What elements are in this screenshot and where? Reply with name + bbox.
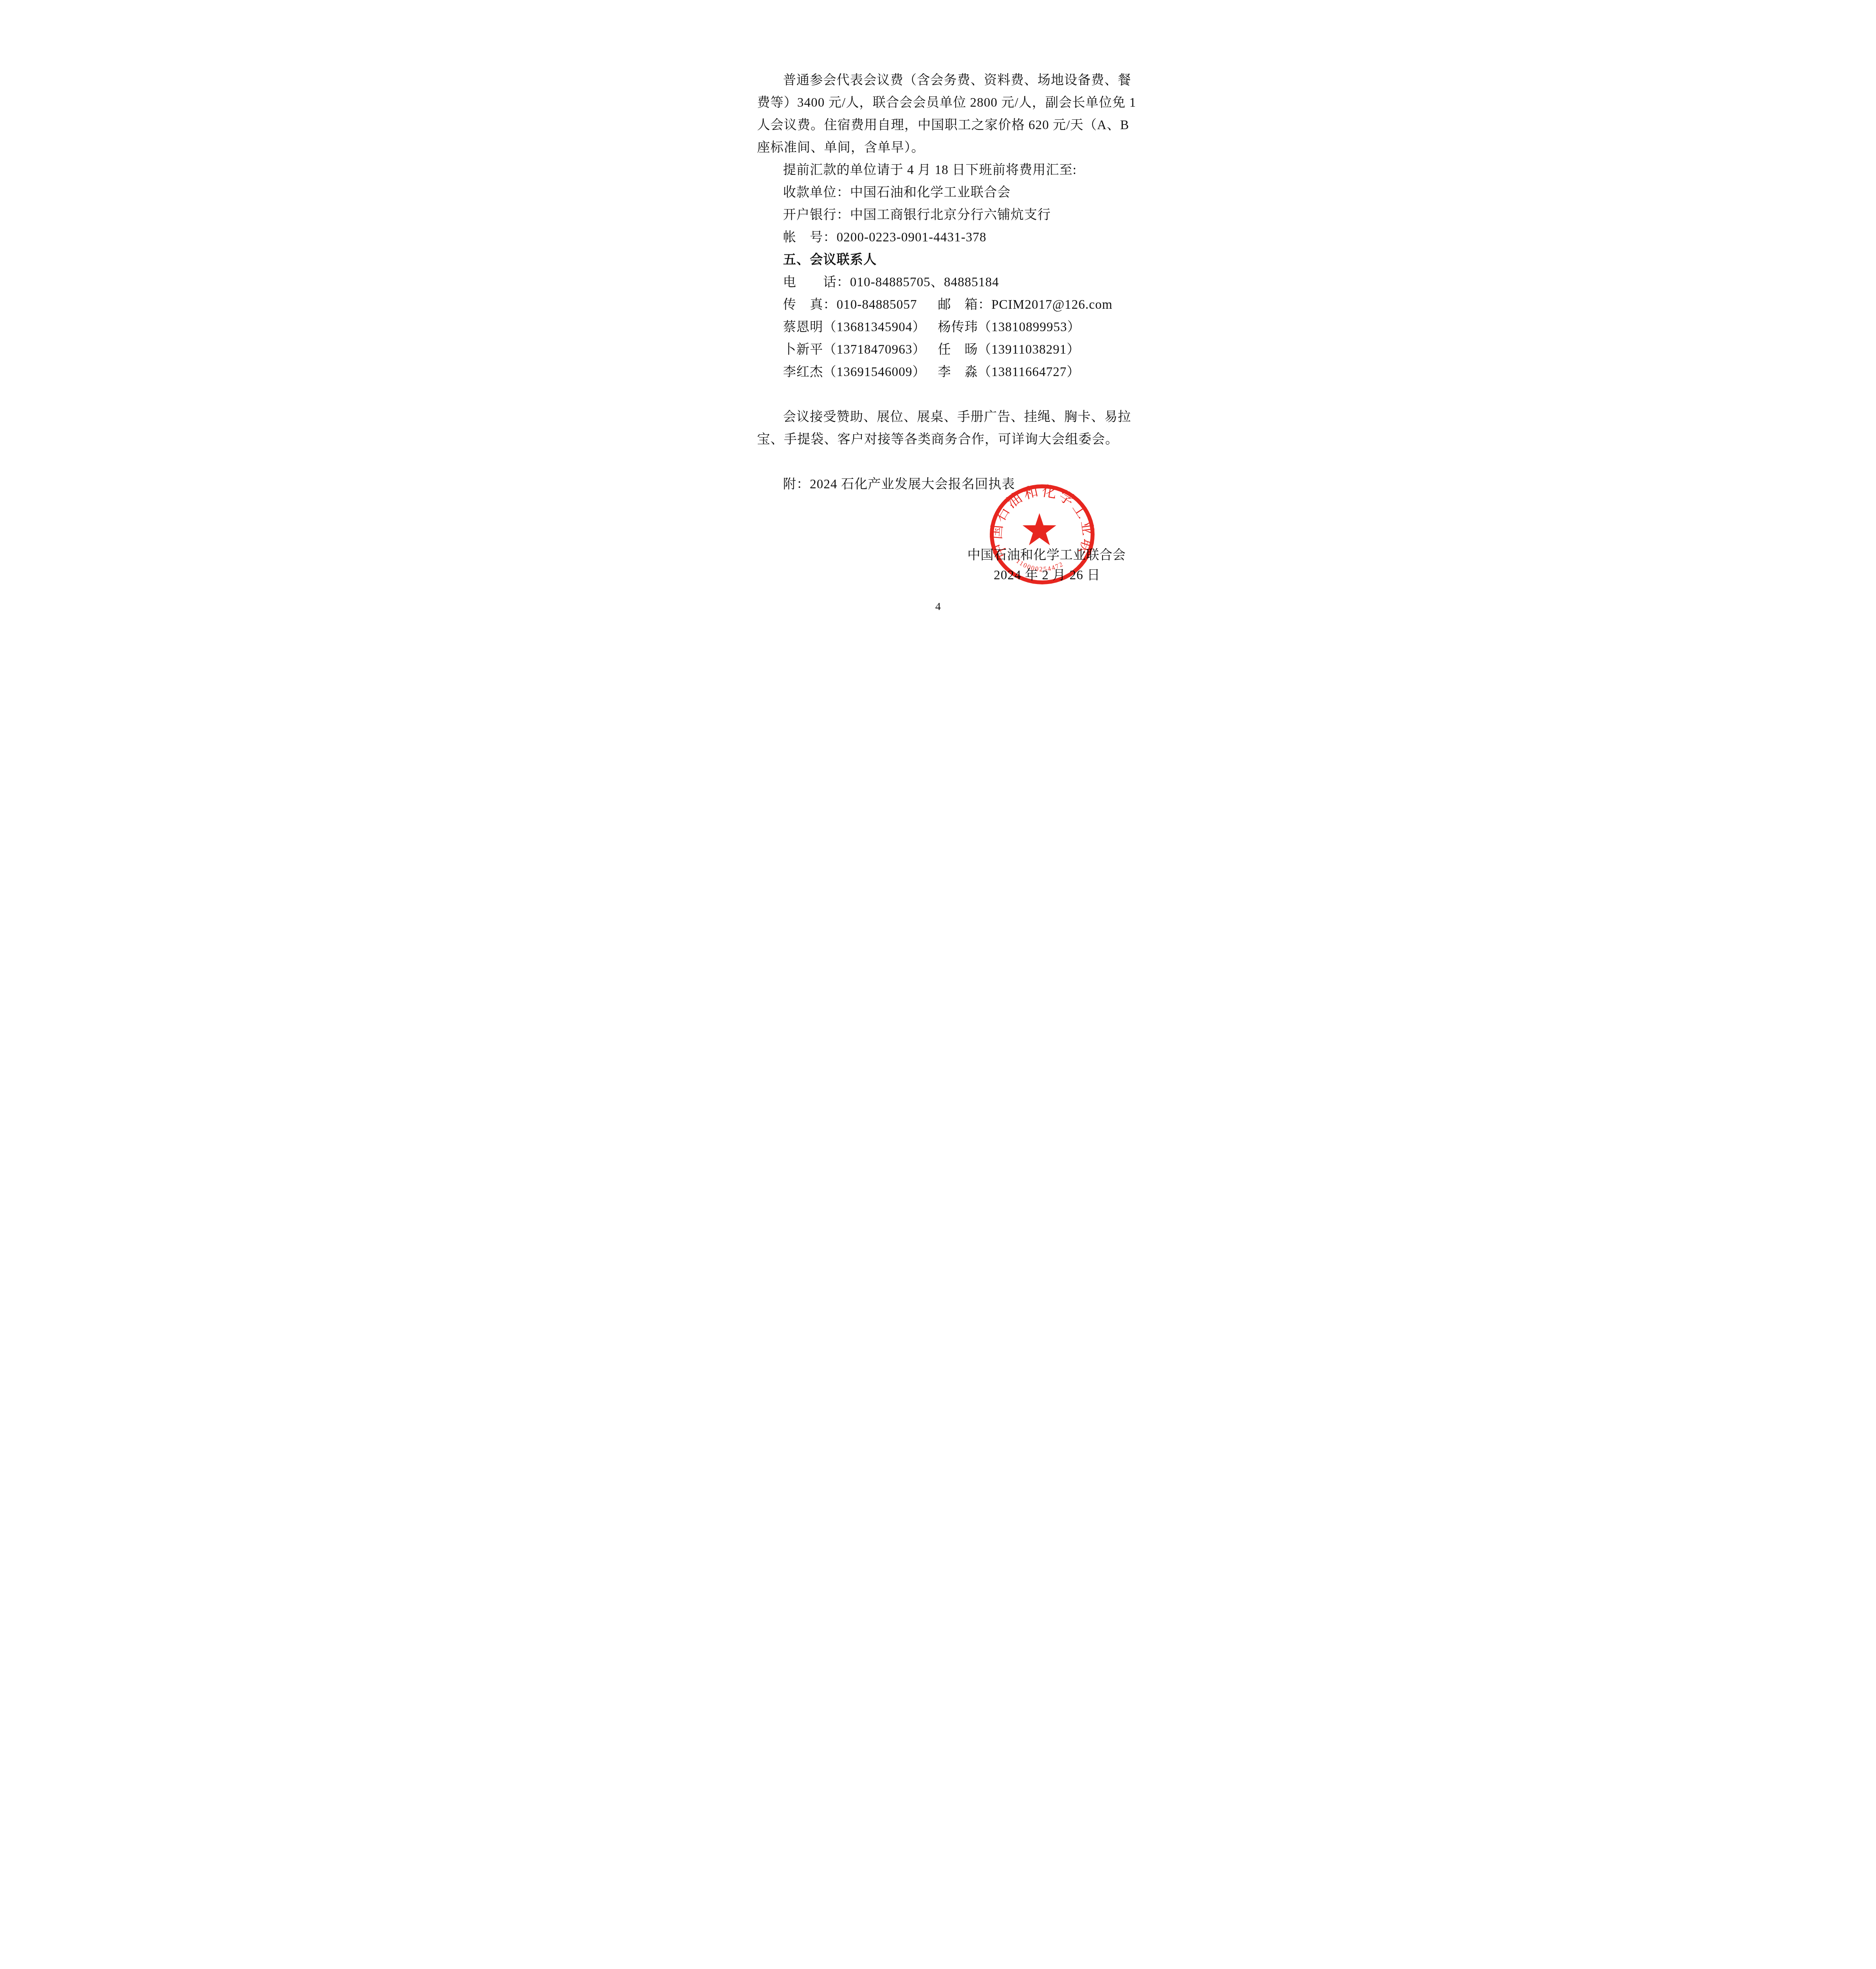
phone-line: 电 话：010-84885705、84885184 [757, 271, 1120, 294]
document-body: 普通参会代表会议费（含会务费、资料费、场地设备费、餐 费等）3400 元/人，联… [757, 69, 1120, 496]
official-seal: 中国石油和化学工业联合会 110000254472 [990, 484, 1095, 584]
contact-name-phone: 蔡恩明（13681345904） [783, 316, 938, 339]
remit-instruction-line: 提前汇款的单位请于 4 月 18 日下班前将费用汇至: [757, 159, 1120, 182]
seal-code-number: 110000254472 [1015, 557, 1065, 573]
contact-name-phone: 卜新平（13718470963） [783, 339, 938, 361]
bank-line: 开户银行：中国工商银行北京分行六铺炕支行 [757, 204, 1120, 226]
fee-paragraph-line: 人会议费。住宿费用自理，中国职工之家价格 620 元/天（A、B [757, 114, 1120, 137]
fee-paragraph-line: 座标准间、单间，含单早）。 [757, 137, 1120, 159]
email-address: 邮 箱：PCIM2017@126.com [938, 294, 1113, 316]
sponsor-paragraph-line: 宝、手提袋、客户对接等各类商务合作，可详询大会组委会。 [757, 428, 1120, 451]
contact-name-phone: 李 淼（13811664727） [938, 361, 1080, 384]
document-page: 普通参会代表会议费（含会务费、资料费、场地设备费、餐 费等）3400 元/人，联… [703, 0, 1173, 663]
contact-name-phone: 任 旸（13911038291） [938, 339, 1080, 361]
contact-name-phone: 杨传玮（13810899953） [938, 316, 1081, 339]
contact-row: 蔡恩明（13681345904） 杨传玮（13810899953） [757, 316, 1120, 339]
payee-line: 收款单位：中国石油和化学工业联合会 [757, 182, 1120, 204]
seal-star-icon [1022, 513, 1056, 545]
fee-paragraph-line: 费等）3400 元/人，联合会会员单位 2800 元/人，副会长单位免 1 [757, 92, 1120, 114]
sponsor-paragraph-line: 会议接受赞助、展位、展桌、手册广告、挂绳、胸卡、易拉 [757, 406, 1120, 428]
contacts-section-heading: 五、会议联系人 [757, 249, 1120, 271]
sponsor-paragraph: 会议接受赞助、展位、展桌、手册广告、挂绳、胸卡、易拉 宝、手提袋、客户对接等各类… [757, 406, 1120, 451]
contact-name-phone: 李红杰（13691546009） [783, 361, 938, 384]
fax-number: 传 真：010-84885057 [783, 294, 938, 316]
contact-row: 李红杰（13691546009） 李 淼（13811664727） [757, 361, 1120, 384]
contact-row: 卜新平（13718470963） 任 旸（13911038291） [757, 339, 1120, 361]
fee-paragraph-line: 普通参会代表会议费（含会务费、资料费、场地设备费、餐 [757, 69, 1120, 92]
fax-email-row: 传 真：010-84885057 邮 箱：PCIM2017@126.com [757, 294, 1120, 316]
account-number-line: 帐 号：0200-0223-0901-4431-378 [757, 226, 1120, 249]
page-number: 4 [703, 600, 1173, 614]
fee-paragraph: 普通参会代表会议费（含会务费、资料费、场地设备费、餐 费等）3400 元/人，联… [757, 69, 1120, 159]
